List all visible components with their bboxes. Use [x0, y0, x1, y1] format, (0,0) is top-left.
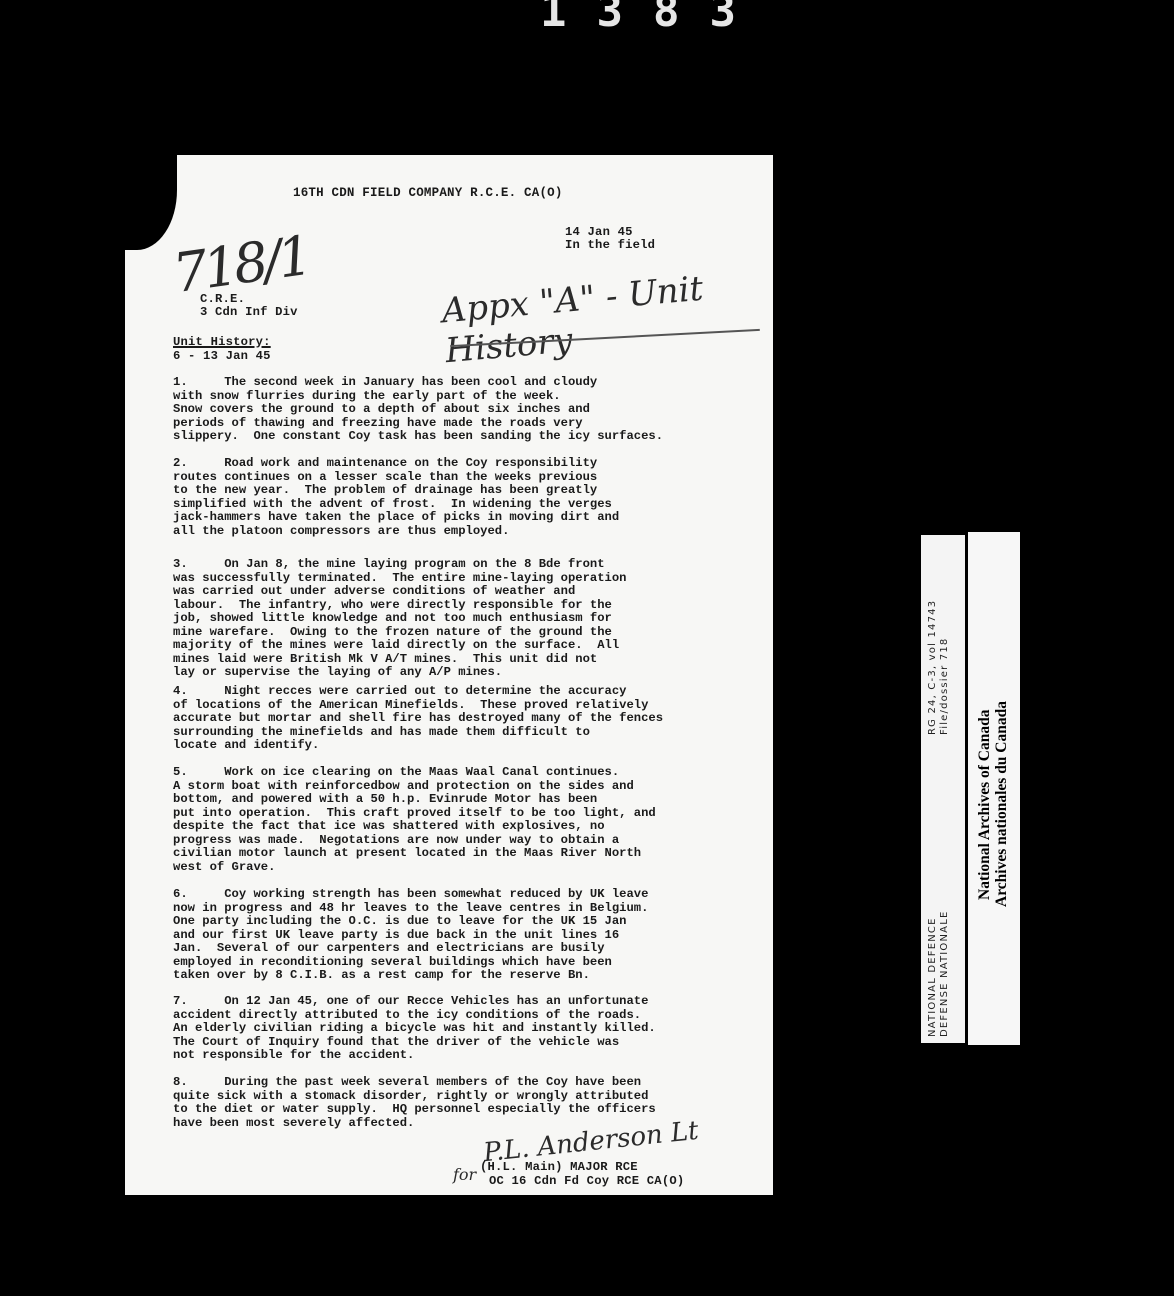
paragraph-number: 6.: [173, 887, 188, 901]
paragraph-2: 2. Road work and maintenance on the Coy …: [173, 457, 773, 538]
torn-corner: [125, 155, 177, 250]
label-archives-en: National Archives of Canada: [976, 710, 993, 900]
signatory-appointment: OC 16 Cdn Fd Coy RCE CA(O): [489, 1175, 684, 1189]
label-ministry-en: NATIONAL DEFENCE: [927, 917, 938, 1037]
label-archives-fr: Archives nationales du Canada: [993, 701, 1010, 907]
paragraph-5: 5. Work on ice clearing on the Maas Waal…: [173, 766, 773, 874]
archive-reference-label: NATIONAL DEFENCE DEFENSE NATIONALE RG 24…: [921, 535, 965, 1043]
addressee-line-2: 3 Cdn Inf Div: [200, 306, 298, 320]
subject-heading: Unit History:: [173, 336, 271, 350]
paragraph-number: 8.: [173, 1075, 188, 1089]
signatory-name: (H.L. Main) MAJOR RCE: [480, 1161, 638, 1175]
archive-institution-label: National Archives of Canada Archives nat…: [968, 532, 1020, 1045]
paragraph-1: 1. The second week in January has been c…: [173, 376, 773, 444]
paragraph-6: 6. Coy working strength has been somewha…: [173, 888, 773, 983]
letter-place: In the field: [565, 239, 655, 253]
subject-period: 6 - 13 Jan 45: [173, 350, 271, 364]
paragraph-4: 4. Night recces were carried out to dete…: [173, 685, 773, 753]
microfilm-frame-number: 1383: [540, 0, 766, 37]
paragraph-3: 3. On Jan 8, the mine laying program on …: [173, 558, 773, 680]
paragraph-number: 3.: [173, 557, 188, 571]
label-ministry-fr: DEFENSE NATIONALE: [939, 911, 950, 1038]
document-page: 16TH CDN FIELD COMPANY R.C.E. CA(O) 718/…: [125, 155, 773, 1195]
paragraph-number: 5.: [173, 765, 188, 779]
paragraph-number: 4.: [173, 684, 188, 698]
label-file-number: File/dossier 718: [939, 638, 950, 736]
signature-for-note: for: [453, 1165, 476, 1184]
handwritten-appendix-note: Appx "A" - Unit History: [440, 263, 776, 371]
paragraph-number: 7.: [173, 994, 188, 1008]
paragraph-7: 7. On 12 Jan 45, one of our Recce Vehicl…: [173, 995, 773, 1063]
paragraph-number: 2.: [173, 456, 188, 470]
paragraph-number: 1.: [173, 375, 188, 389]
letterhead: 16TH CDN FIELD COMPANY R.C.E. CA(O): [293, 187, 563, 201]
label-record-group: RG 24, C-3, vol 14743: [927, 600, 938, 735]
